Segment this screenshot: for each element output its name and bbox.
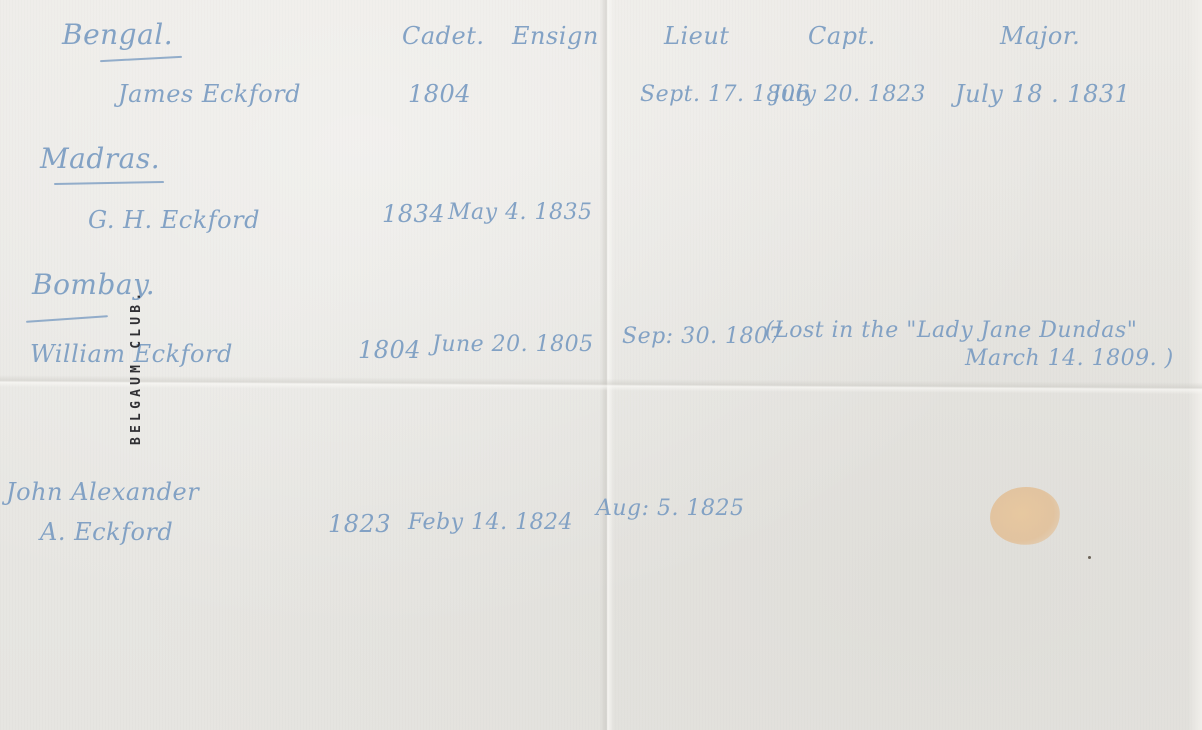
heading-underline: [26, 315, 108, 323]
heading-underline: [54, 181, 164, 185]
entry-name: James Eckford: [118, 80, 301, 108]
entry-note: March 14. 1809. ): [965, 346, 1174, 371]
paper-speck: [1088, 556, 1091, 559]
header-major: Major.: [1000, 22, 1080, 50]
entry-ensign: June 20. 1805: [432, 332, 594, 357]
entry-cadet: 1823: [328, 510, 391, 538]
entry-lieut: Aug: 5. 1825: [596, 496, 745, 521]
header-ensign: Ensign: [512, 22, 599, 50]
entry-capt: July 20. 1823: [772, 82, 926, 107]
belgaum-club-stamp: BELGAUM CLUB.: [129, 289, 144, 445]
entry-cadet: 1834: [382, 200, 445, 228]
entry-major: July 18 . 1831: [955, 80, 1130, 108]
entry-cadet: 1804: [408, 80, 471, 108]
paper-stain: [986, 482, 1063, 549]
header-lieut: Lieut: [664, 22, 729, 50]
paper-edge: [1188, 0, 1202, 730]
entry-cadet: 1804: [358, 336, 421, 364]
entry-note: (Lost in the "Lady Jane Dundas": [765, 318, 1137, 343]
header-cadet: Cadet.: [402, 22, 485, 50]
heading-underline: [100, 56, 182, 62]
entry-name: A. Eckford: [40, 518, 173, 546]
section-heading-bengal: Bengal.: [62, 18, 173, 51]
section-heading-madras: Madras.: [40, 142, 160, 175]
vertical-fold-line: [600, 0, 614, 730]
entry-ensign: May 4. 1835: [448, 200, 593, 225]
entry-name: John Alexander: [6, 478, 199, 506]
entry-name: G. H. Eckford: [88, 206, 260, 234]
paper-sheet: Cadet. Ensign Lieut Capt. Major. Bengal.…: [0, 0, 1202, 730]
entry-ensign: Feby 14. 1824: [408, 510, 573, 535]
header-capt: Capt.: [808, 22, 876, 50]
entry-lieut: Sep: 30. 1807: [622, 324, 783, 349]
